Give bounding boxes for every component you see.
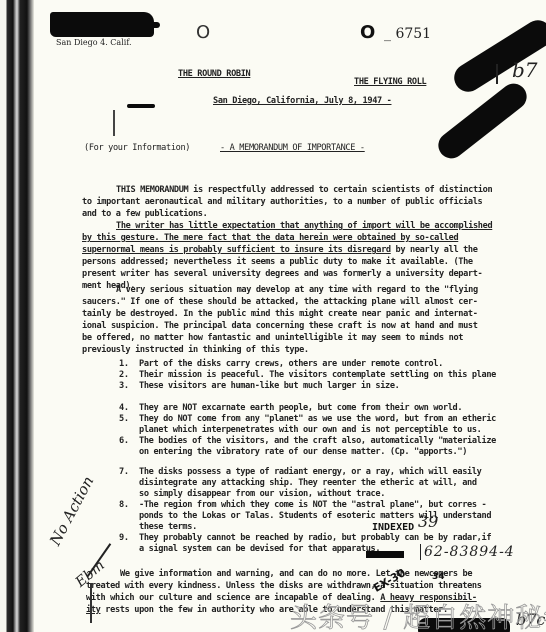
dateline: San Diego, California, July 8, 1947 - [213,95,391,107]
location-stamp: San Diego 4. Calif. [56,38,132,47]
ink-stroke [113,110,115,136]
para3-line-3: tainly be destroyed. In the public mind … [82,308,478,320]
memorandum-title: - A MEMORANDUM OF IMPORTANCE - [220,142,365,154]
closing-line-2: treated with every kindness. Unless the … [86,580,482,592]
not-recorded-stamp-redacted [366,551,404,558]
para2-line-4: persons addressed; nevertheless it seems… [82,256,492,268]
para3-line-4: ional suspicion. The principal data conc… [82,320,478,332]
para3-line-5: be offered, no matter how fantastic and … [82,332,478,344]
margin-note-no-action: No Action [46,473,97,548]
closing-line-4-underlined: ity [86,605,100,615]
watermark: 头条号 / 超自然神秘学 [290,596,546,632]
list-number: 3. [119,380,129,392]
indexed-stamp: INDEXED [372,522,414,533]
exemption-code-b7: b7 [512,58,538,82]
ink-smudge [127,104,155,108]
numbered-list: 1.Part of the disks carry crews, others … [119,358,539,558]
list-number: 7. [119,466,129,478]
list-number: 8. [119,499,129,511]
redaction-bar-top-left-tail [140,22,160,28]
paragraph-intro: THIS MEMORANDUM is respectfully addresse… [82,184,492,220]
para3-line-1: A very serious situation may develop at … [82,284,478,296]
serial-number-handwritten: 62-83894-4 [420,544,515,560]
para2-line-5: present writer has several university de… [82,268,492,280]
file-number: _ 6751 [384,26,431,42]
para2-line-1: The writer has little expectation that a… [82,220,492,232]
circle-mark-right: O [360,22,375,43]
paragraph-writer: The writer has little expectation that a… [82,220,492,292]
list-number: 9. [119,532,129,544]
list-number: 5. [119,413,129,425]
redaction-bar-top-left [50,12,154,37]
list-text: on entering the vibratory rate of our de… [139,446,467,458]
para1-line-1: THIS MEMORANDUM is respectfully addresse… [82,184,492,196]
closing-line-1: We give information and warning, and can… [86,568,482,580]
margin-bracket-line [90,583,92,623]
paragraph-situation: A very serious situation may develop at … [82,284,478,356]
para2-line-3-underlined: supernormal means is probably sufficient… [82,245,391,255]
para2-line-3: supernormal means is probably sufficient… [82,244,492,256]
list-text: a signal system can be devised for that … [139,543,380,555]
list-number: 6. [119,435,129,447]
indexed-handwritten-number: 39 [418,512,438,531]
dateline-text: San Diego, California, July 8, 1947 - [213,96,391,106]
para3-line-2: saucers." If one of these should be atta… [82,296,478,308]
file-number-stamp: 34 [432,572,445,582]
para2-line-2: by this gesture. The mere fact that the … [82,232,492,244]
scan-binding-edge [0,0,34,632]
para2-line-3-rest: by nearly all the [391,245,478,255]
para3-line-6: previously instructed in thinking of thi… [82,344,478,356]
redaction-bar-mid-right [433,78,532,163]
title-round-robin: THE ROUND ROBIN [178,68,250,80]
para1-line-3: and to a few publications. [82,208,492,220]
vertical-tick-mark [496,64,498,84]
circle-mark-left: O [196,22,210,43]
redaction-bar-top-right [449,15,546,97]
for-your-information-note: (For your Information) [84,142,190,154]
list-text: These visitors are human-like but much l… [139,380,400,392]
para1-line-2: to important aeronautical and military a… [82,196,492,208]
title-flying-roll: THE FLYING ROLL [354,76,426,88]
